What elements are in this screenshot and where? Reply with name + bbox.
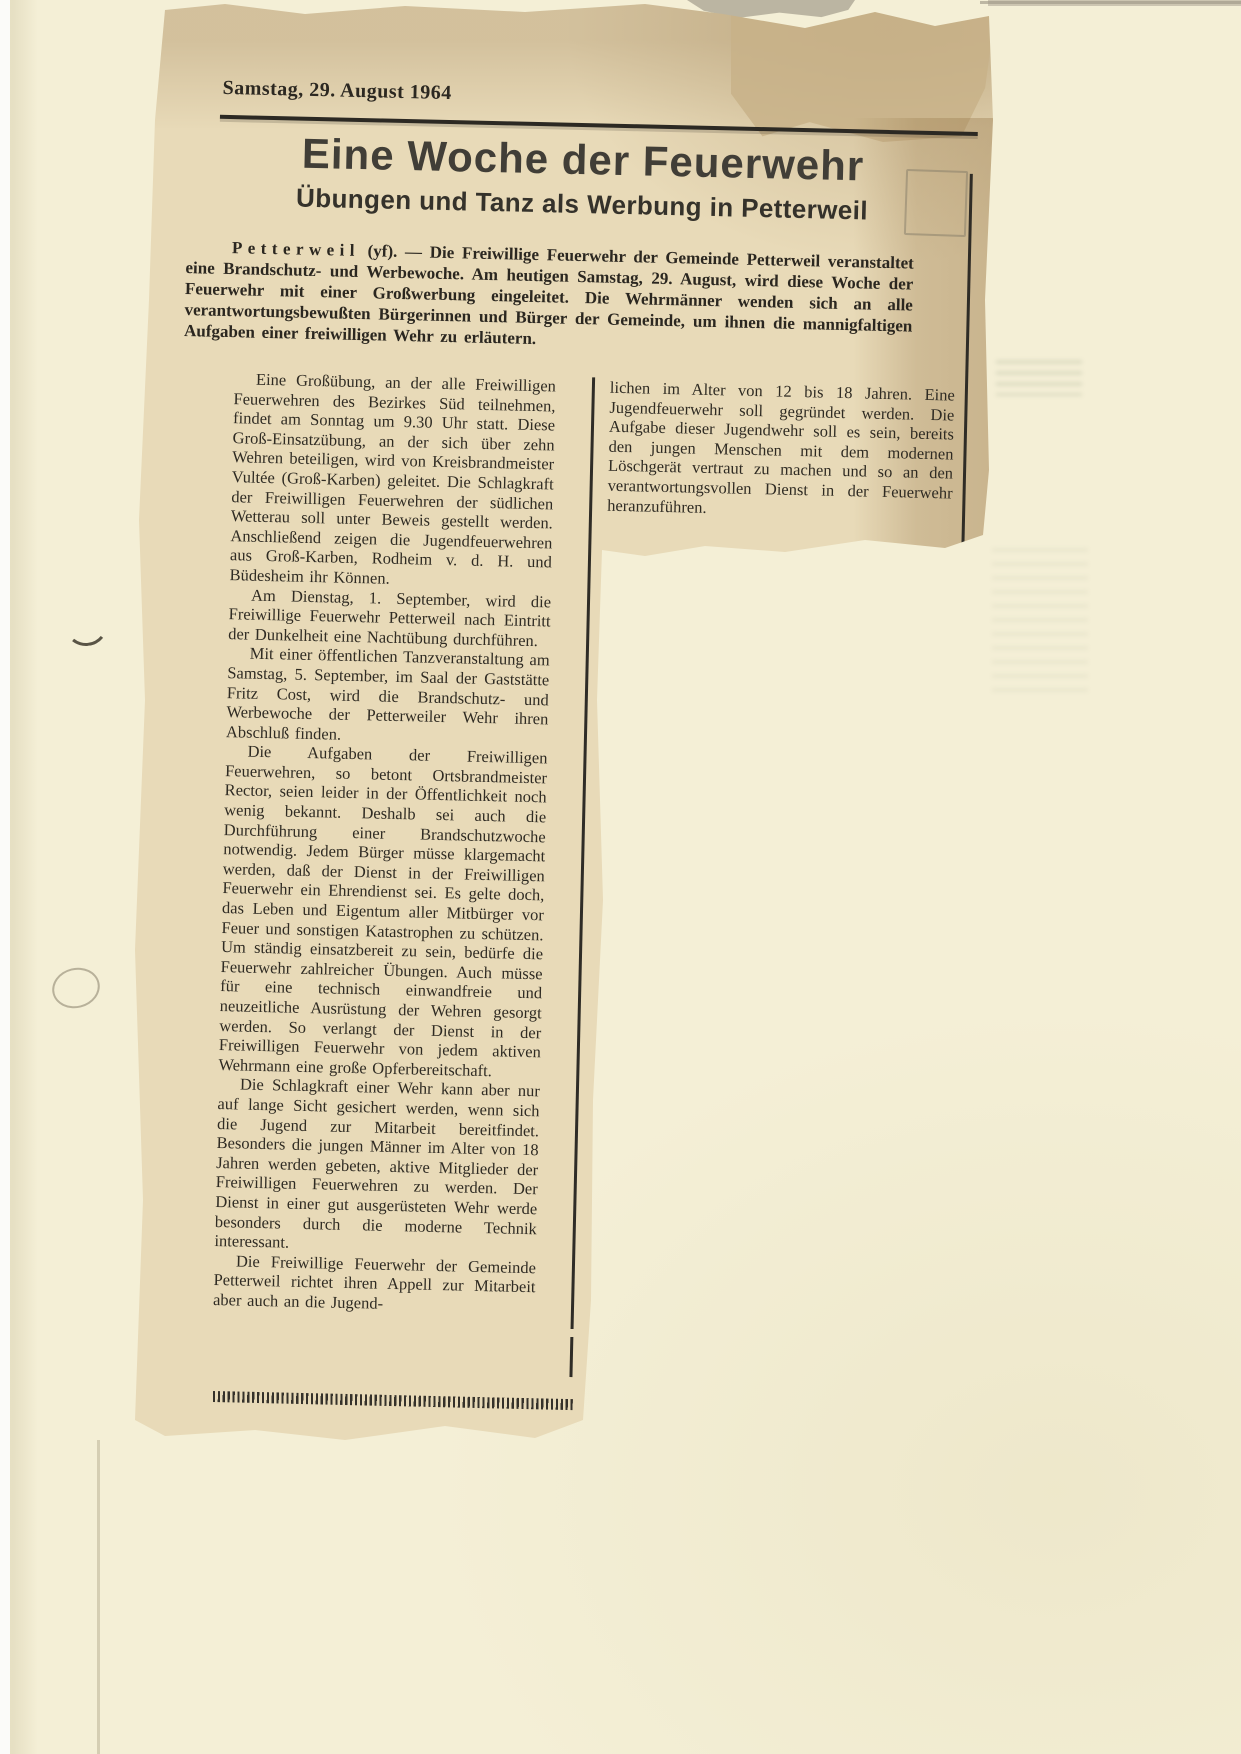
bottom-dashed-border bbox=[213, 1391, 573, 1410]
article-paragraph: Die Freiwillige Feuerwehr der Gemeinde P… bbox=[213, 1251, 536, 1317]
article-paragraph: Mit einer öffentlichen Tanzveranstaltung… bbox=[226, 643, 550, 748]
article-paragraph: Die Schlagkraft einer Wehr kann aber nur… bbox=[214, 1074, 540, 1258]
article-head: Eine Woche der Feuerwehr Übungen und Tan… bbox=[182, 128, 984, 229]
left-column: Eine Großübung, an der alle Freiwilligen… bbox=[213, 369, 556, 1317]
torn-grey-edge bbox=[988, 0, 1241, 6]
article-paragraph: Am Dienstag, 1. September, wird die Frei… bbox=[228, 585, 551, 651]
scanned-page: { "document": { "kind": "newspaper-clipp… bbox=[0, 0, 1241, 1754]
paper-crease bbox=[97, 1440, 100, 1754]
article-right-border bbox=[961, 174, 973, 550]
ink-showthrough bbox=[992, 548, 1088, 698]
article-paragraph: lichen im Alter von 12 bis 18 Jahren. Ei… bbox=[607, 378, 955, 523]
dateline-place: Petterweil bbox=[232, 238, 360, 260]
article-paragraph: Eine Großübung, an der alle Freiwilligen… bbox=[229, 369, 556, 592]
article-paragraph: Die Aufgaben der Freiwilligen Feuerwehre… bbox=[218, 741, 547, 1081]
lead-paragraph: Petterweil (yf). — Die Freiwillige Feuer… bbox=[184, 236, 914, 357]
headline: Eine Woche der Feuerwehr bbox=[183, 128, 984, 191]
column-divider-rule bbox=[569, 377, 594, 1377]
right-column: lichen im Alter von 12 bis 18 Jahren. Ei… bbox=[607, 378, 955, 523]
ink-showthrough bbox=[996, 360, 1082, 396]
date-line: Samstag, 29. August 1964 bbox=[222, 77, 452, 105]
